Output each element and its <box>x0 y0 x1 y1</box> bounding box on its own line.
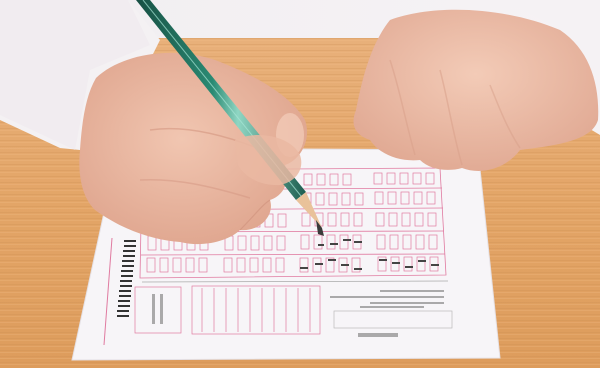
exam-photo <box>0 0 600 368</box>
photo-scene <box>0 0 600 368</box>
